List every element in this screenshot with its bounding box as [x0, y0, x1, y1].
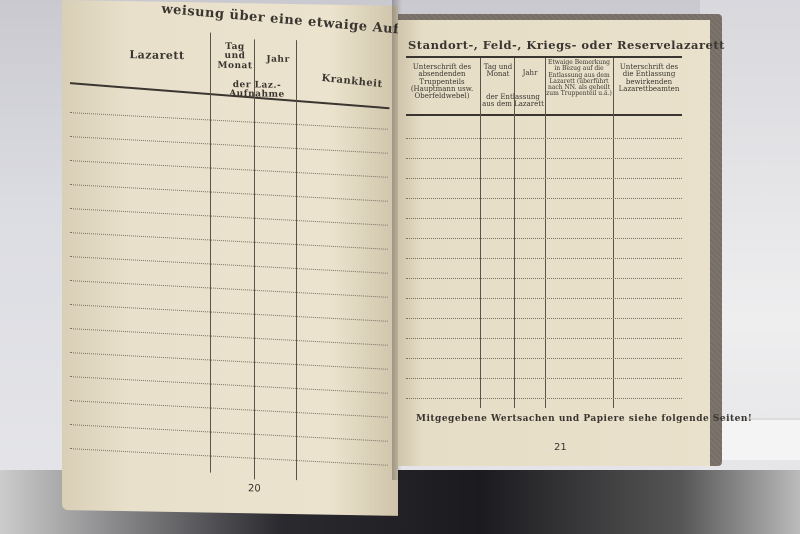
ruled-line	[70, 208, 388, 226]
column-divider	[254, 39, 255, 479]
ruled-line	[70, 304, 388, 322]
title-rule	[406, 56, 682, 58]
col-der-entlassung: der Entlassung aus dem Lazarett	[482, 94, 544, 109]
ruled-line	[70, 136, 388, 154]
ruled-line	[70, 232, 388, 250]
ruled-line	[406, 298, 682, 299]
table-edge	[720, 418, 800, 460]
page-number-21: 21	[554, 442, 567, 453]
ruled-line	[406, 158, 682, 159]
ruled-line	[70, 280, 388, 298]
column-divider	[613, 58, 614, 408]
ruled-line	[70, 328, 388, 346]
ruled-line	[406, 378, 682, 379]
left-table-header: Lazarett Tag und Monat Jahr der Laz.-Auf…	[62, 26, 398, 112]
column-divider	[480, 58, 481, 408]
col-jahr: Jahr	[516, 70, 544, 77]
ruled-line	[406, 238, 682, 239]
ruled-line	[70, 376, 388, 394]
ruled-line	[406, 398, 682, 399]
left-page: weisung über eine etwaige Aufnahme in ei…	[62, 0, 398, 516]
ruled-line	[406, 318, 682, 319]
col-unterschrift-lazarett: Unterschrift des die Entlassung bewirken…	[614, 64, 684, 93]
col-tag-monat: Tag und Monat	[482, 64, 514, 79]
column-divider	[545, 58, 546, 408]
ruled-line	[70, 160, 388, 178]
ruled-line	[406, 138, 682, 139]
ruled-line	[70, 112, 388, 130]
right-page-title: Standort-, Feld-, Kriegs- oder Reservela…	[408, 38, 725, 52]
col-krankheit: Krankheit	[307, 72, 398, 92]
col-tag-monat: Tag und Monat	[214, 43, 256, 72]
ruled-line	[406, 338, 682, 339]
ruled-line	[406, 358, 682, 359]
header-rule	[406, 114, 682, 116]
ruled-line	[406, 278, 682, 279]
ruled-line	[70, 448, 388, 466]
col-jahr: Jahr	[258, 55, 298, 65]
ruled-line	[70, 424, 388, 442]
ruled-line	[406, 258, 682, 259]
col-unterschrift-truppenteil: Unterschrift des absendenden Truppenteil…	[406, 64, 478, 101]
column-divider	[514, 58, 515, 408]
ruled-line	[70, 352, 388, 370]
ruled-line	[70, 256, 388, 274]
footnote: Mitgegebene Wertsachen und Papiere siehe…	[416, 414, 752, 424]
ruled-line	[406, 178, 682, 179]
column-divider	[296, 40, 297, 480]
right-page: Standort-, Feld-, Kriegs- oder Reservela…	[398, 20, 710, 466]
col-lazarett: Lazarett	[102, 49, 212, 62]
ruled-line	[406, 218, 682, 219]
page-number-20: 20	[248, 483, 261, 494]
ruled-line	[70, 184, 388, 202]
col-bemerkung: Etwaige Bemerkung in Bezug auf die Entla…	[546, 60, 612, 98]
ruled-line	[70, 400, 388, 418]
ruled-line	[406, 198, 682, 199]
